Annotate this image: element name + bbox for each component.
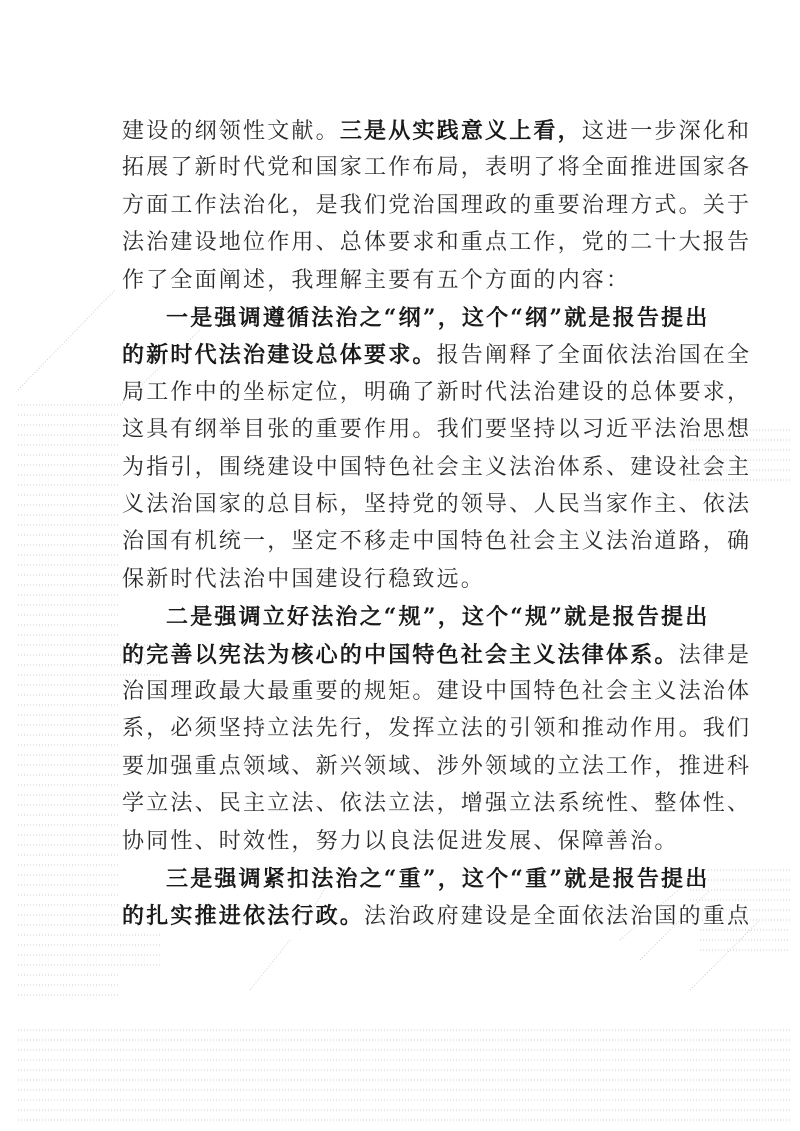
text-segment: 方面工作法治化，是我们党治国理政的重要治理方式。关于 bbox=[122, 193, 751, 218]
text-segment: 义法治国家的总目标，坚持党的领导、人民当家作主、依法 bbox=[122, 492, 751, 517]
text-line: 法治建设地位作用、总体要求和重点工作，党的二十大报告 bbox=[122, 229, 682, 257]
text-segment: 要加强重点领域、新兴领域、涉外领域的立法工作，推进科 bbox=[122, 754, 751, 779]
text-line: 义法治国家的总目标，坚持党的领导、人民当家作主、依法 bbox=[122, 491, 682, 519]
text-segment: 法治政府建设是全面依法治国的重点 bbox=[364, 904, 751, 929]
bold-text-segment: 三是从实践意义上看， bbox=[340, 118, 582, 144]
text-segment: 治国理政最大最重要的规矩。建设中国特色社会主义法治体 bbox=[122, 679, 751, 704]
text-line: 作了全面阐述，我理解主要有五个方面的内容： bbox=[122, 267, 682, 295]
text-segment: 报告阐释了全面依法治国在全 bbox=[437, 343, 752, 368]
text-line: 的新时代法治建设总体要求。报告阐释了全面依法治国在全 bbox=[122, 341, 682, 369]
text-line: 局工作中的坐标定位，明确了新时代法治建设的总体要求， bbox=[122, 379, 682, 407]
text-line: 治国有机统一，坚定不移走中国特色社会主义法治道路，确 bbox=[122, 528, 682, 556]
text-segment: 为指引，围绕建设中国特色社会主义法治体系、建设社会主 bbox=[122, 455, 751, 480]
bold-text-segment: 二是强调立好法治之“规”，这个“规”就是报告提出 bbox=[166, 604, 709, 630]
text-segment: 拓展了新时代党和国家工作布局，表明了将全面推进国家各 bbox=[122, 155, 751, 180]
text-line: 治国理政最大最重要的规矩。建设中国特色社会主义法治体 bbox=[122, 678, 682, 706]
text-segment: 法律是 bbox=[679, 643, 752, 668]
bold-text-segment: 的扎实推进依法行政。 bbox=[122, 903, 364, 929]
text-segment: 局工作中的坐标定位，明确了新时代法治建设的总体要求， bbox=[122, 380, 751, 405]
text-line: 方面工作法治化，是我们党治国理政的重要治理方式。关于 bbox=[122, 192, 682, 220]
text-segment: 协同性、时效性，努力以良法促进发展、保障善治。 bbox=[122, 829, 679, 854]
text-line: 一是强调遵循法治之“纲”，这个“纲”就是报告提出 bbox=[166, 304, 682, 332]
bold-text-segment: 的完善以宪法为核心的中国特色社会主义法律体系。 bbox=[122, 642, 679, 668]
text-line: 这具有纲举目张的重要作用。我们要坚持以习近平法治思想 bbox=[122, 416, 682, 444]
text-segment: 这进一步深化和 bbox=[582, 119, 751, 144]
text-line: 协同性、时效性，努力以良法促进发展、保障善治。 bbox=[122, 828, 682, 856]
text-line: 保新时代法治中国建设行稳致远。 bbox=[122, 566, 682, 594]
text-line: 建设的纲领性文献。三是从实践意义上看，这进一步深化和 bbox=[122, 117, 682, 145]
text-line: 三是强调紧扣法治之“重”，这个“重”就是报告提出 bbox=[166, 865, 682, 893]
bold-text-segment: 的新时代法治建设总体要求。 bbox=[122, 342, 437, 368]
text-segment: 法治建设地位作用、总体要求和重点工作，党的二十大报告 bbox=[122, 230, 751, 255]
text-line: 拓展了新时代党和国家工作布局，表明了将全面推进国家各 bbox=[122, 154, 682, 182]
text-segment: 治国有机统一，坚定不移走中国特色社会主义法治道路，确 bbox=[122, 529, 751, 554]
text-segment: 保新时代法治中国建设行稳致远。 bbox=[122, 567, 485, 592]
text-line: 的完善以宪法为核心的中国特色社会主义法律体系。法律是 bbox=[122, 641, 682, 669]
bold-text-segment: 三是强调紧扣法治之“重”，这个“重”就是报告提出 bbox=[166, 866, 709, 892]
text-line: 学立法、民主立法、依法立法，增强立法系统性、整体性、 bbox=[122, 790, 682, 818]
bold-text-segment: 一是强调遵循法治之“纲”，这个“纲”就是报告提出 bbox=[166, 305, 709, 331]
text-segment: 系，必须坚持立法先行，发挥立法的引领和推动作用。我们 bbox=[122, 716, 751, 741]
text-line: 的扎实推进依法行政。法治政府建设是全面依法治国的重点 bbox=[122, 902, 682, 930]
text-line: 要加强重点领域、新兴领域、涉外领域的立法工作，推进科 bbox=[122, 753, 682, 781]
text-segment: 建设的纲领性文献。 bbox=[122, 119, 340, 144]
text-line: 二是强调立好法治之“规”，这个“规”就是报告提出 bbox=[166, 603, 682, 631]
text-segment: 学立法、民主立法、依法立法，增强立法系统性、整体性、 bbox=[122, 791, 751, 816]
text-segment: 这具有纲举目张的重要作用。我们要坚持以习近平法治思想 bbox=[122, 417, 751, 442]
text-segment: 作了全面阐述，我理解主要有五个方面的内容： bbox=[122, 268, 630, 293]
text-line: 系，必须坚持立法先行，发挥立法的引领和推动作用。我们 bbox=[122, 715, 682, 743]
document-page: 建设的纲领性文献。三是从实践意义上看，这进一步深化和拓展了新时代党和国家工作布局… bbox=[0, 0, 800, 1131]
text-line: 为指引，围绕建设中国特色社会主义法治体系、建设社会主 bbox=[122, 454, 682, 482]
